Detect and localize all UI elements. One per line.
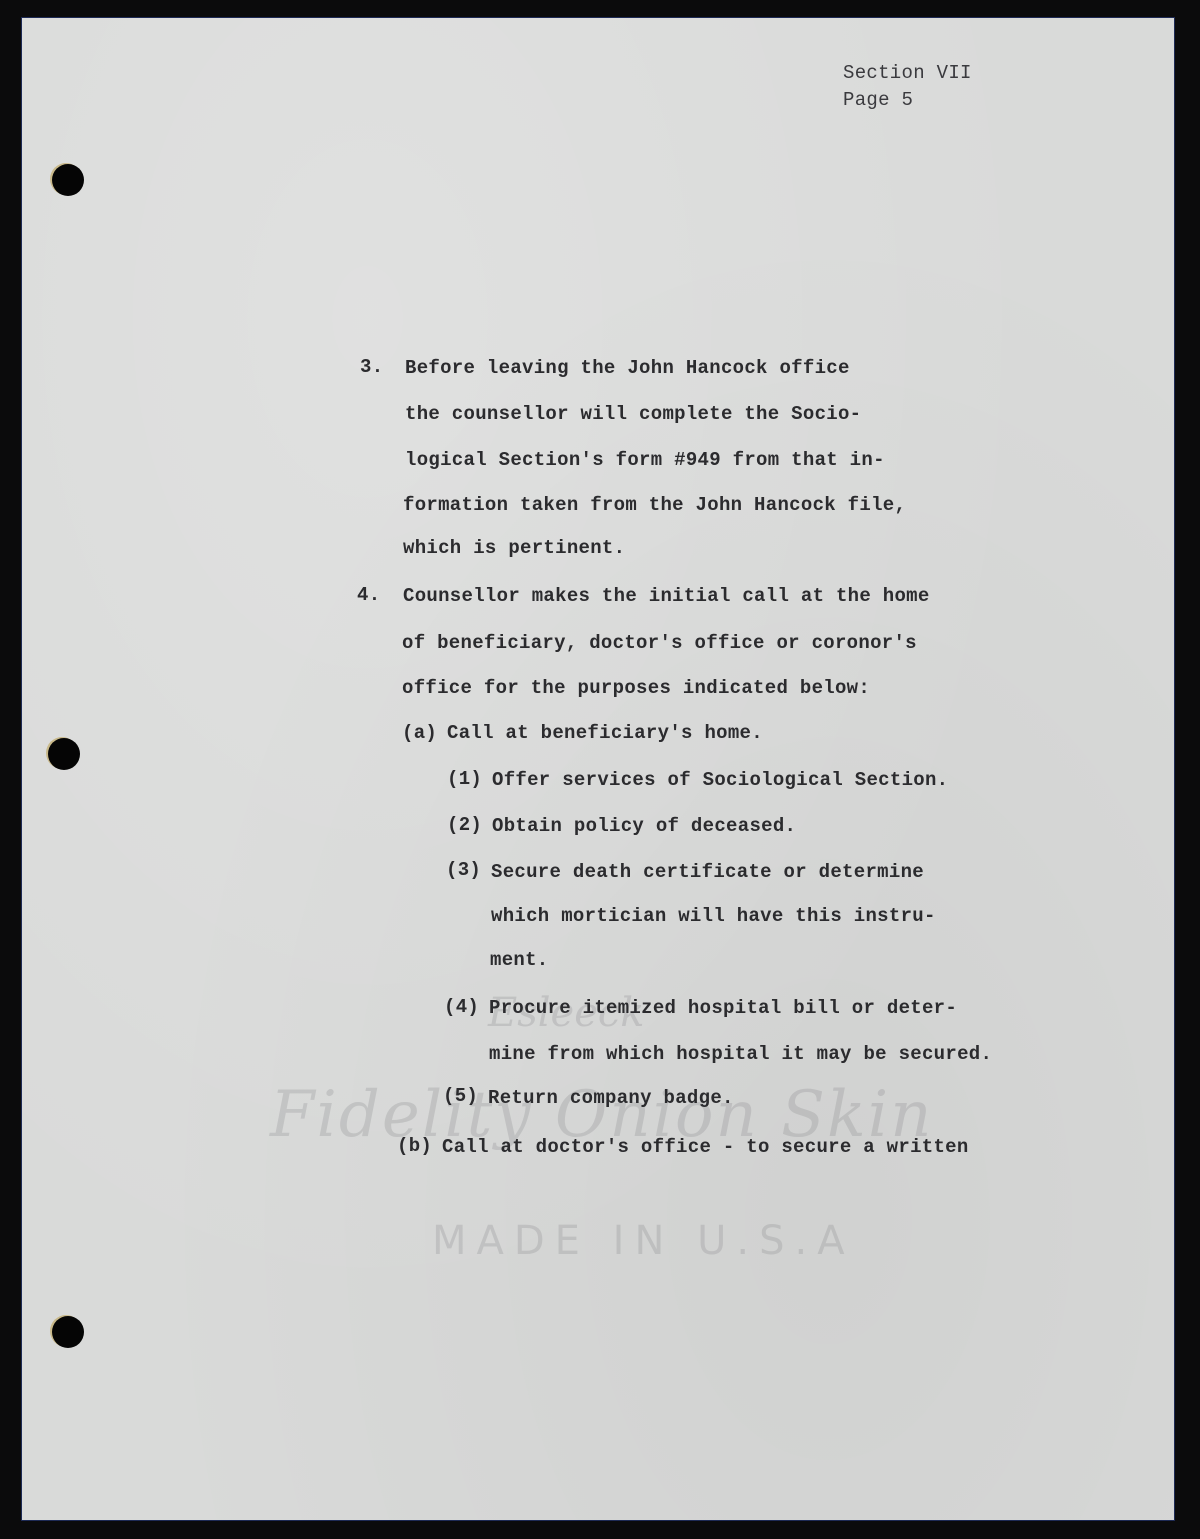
step-label: (3) <box>446 859 481 881</box>
sub-item-a-text: Call at beneficiary's home. <box>447 722 763 744</box>
binder-hole-middle <box>48 738 80 770</box>
item3-line: formation taken from the John Hancock fi… <box>403 494 906 516</box>
step-text: Procure itemized hospital bill or deter- <box>489 997 957 1019</box>
step-label: (4) <box>444 996 479 1018</box>
step-label: (1) <box>447 768 482 790</box>
item3-line: the counsellor will complete the Socio- <box>405 403 861 425</box>
step-text: Return company badge. <box>488 1087 734 1109</box>
sub-item-label: (a) <box>402 722 437 744</box>
item3-line: which is pertinent. <box>403 537 625 559</box>
binder-hole-top <box>52 164 84 196</box>
step-text: Obtain policy of deceased. <box>492 815 796 837</box>
watermark-made-in-usa: MADE IN U.S.A <box>432 1218 855 1264</box>
step-label: (2) <box>447 814 482 836</box>
step-text: Offer services of Sociological Section. <box>492 769 948 791</box>
binder-hole-bottom <box>52 1316 84 1348</box>
section-label: Section VII <box>843 62 972 84</box>
item-number: 3. <box>360 356 383 378</box>
step-label: (5) <box>443 1085 478 1107</box>
item4-line: Counsellor makes the initial call at the… <box>403 585 930 607</box>
sub-item-b-text: Call at doctor's office - to secure a wr… <box>442 1136 969 1158</box>
sub-item-label: (b) <box>397 1135 432 1157</box>
item-number: 4. <box>357 584 380 606</box>
item4-line: office for the purposes indicated below: <box>402 677 870 699</box>
item3-line: logical Section's form #949 from that in… <box>405 449 885 471</box>
item4-line: of beneficiary, doctor's office or coron… <box>402 632 917 654</box>
step-text: ment. <box>490 949 549 971</box>
item3-line: Before leaving the John Hancock office <box>405 357 850 379</box>
step-text: which mortician will have this instru- <box>491 905 936 927</box>
step-text: Secure death certificate or determine <box>491 861 924 883</box>
step-text: mine from which hospital it may be secur… <box>489 1043 992 1065</box>
page-label: Page 5 <box>843 89 913 111</box>
